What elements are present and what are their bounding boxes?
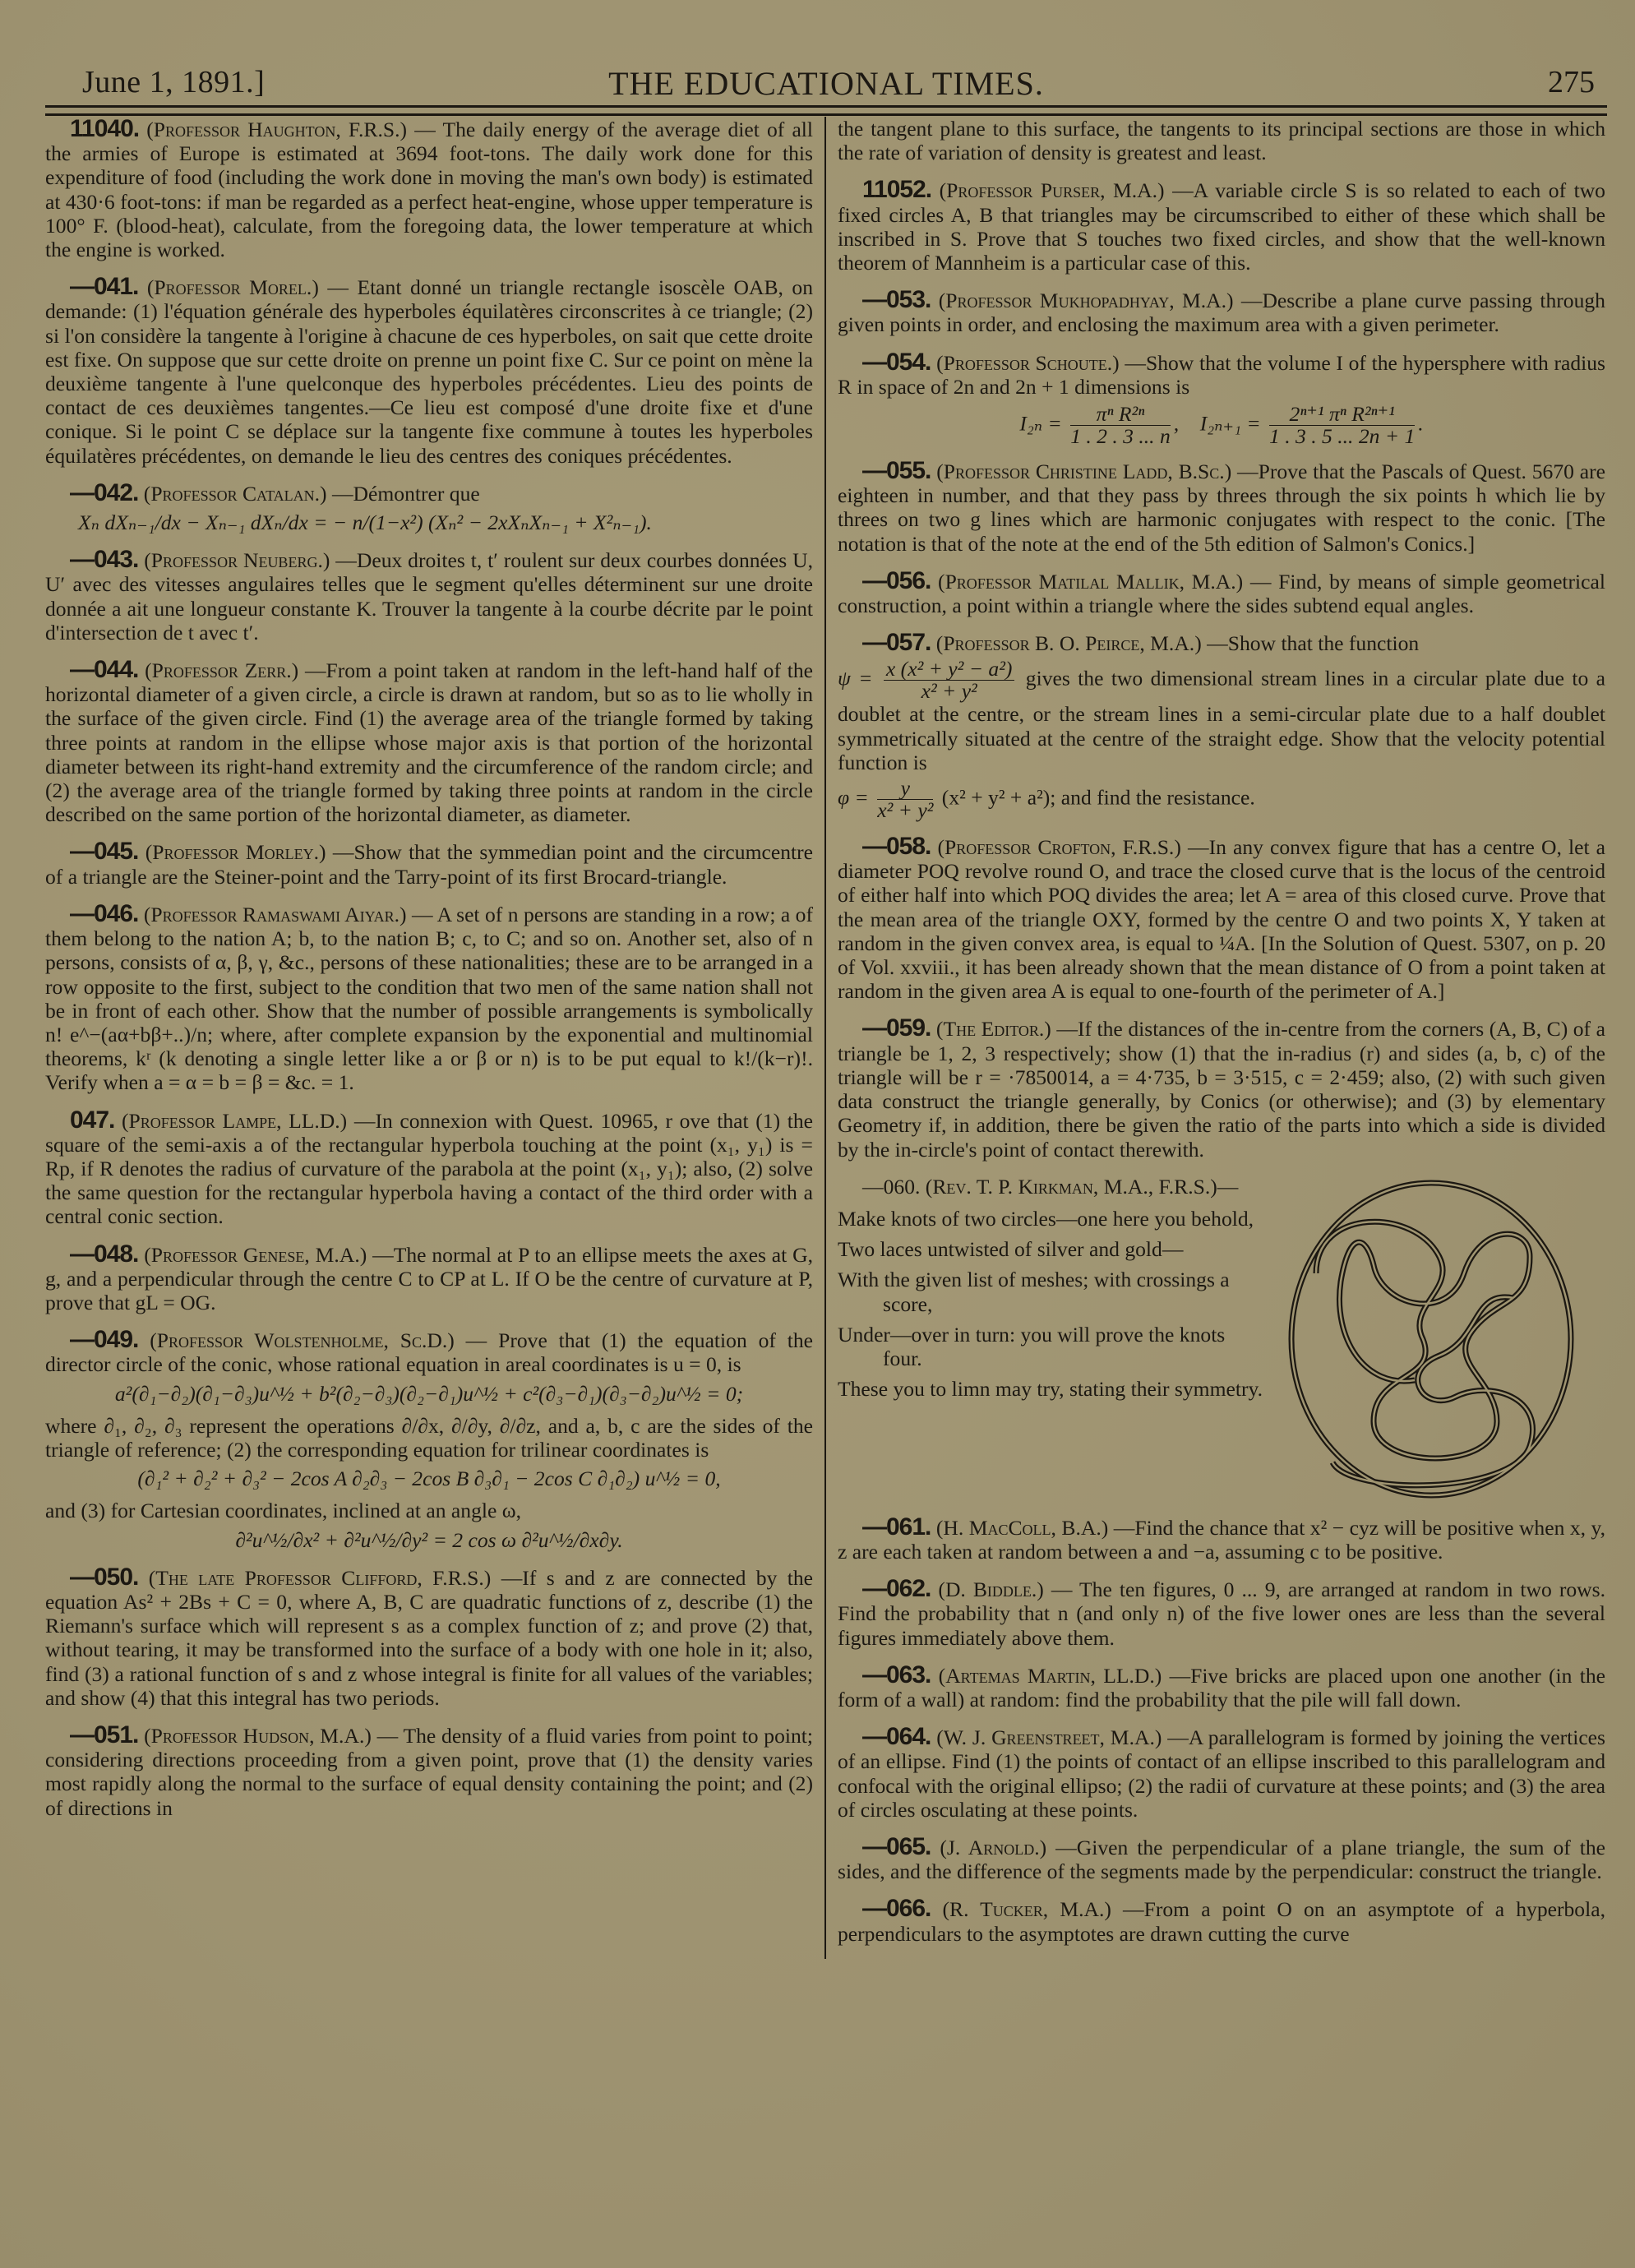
question-number: —064.	[862, 1723, 931, 1750]
question-042: —042. (Professor Catalan.) —Démontrer qu…	[45, 481, 813, 506]
kirkman-verse: —060. (Rev. T. P. Kirkman, M.A., F.R.S.)…	[838, 1175, 1265, 1504]
columns: 11040. (Professor Haughton, F.R.S.) — Th…	[45, 117, 1607, 1959]
question-number: —049.	[70, 1326, 138, 1353]
phi-fraction: y x² + y²	[877, 778, 933, 821]
eq-lhs-even: I₂ₙ =	[1019, 411, 1061, 435]
question-066: —066. (R. Tucker, M.A.) —From a point O …	[838, 1896, 1605, 1945]
equation-042: Xₙ dXₙ₋₁/dx − Xₙ₋₁ dXₙ/dx = − n/(1−x²) (…	[45, 510, 813, 534]
right-column: the tangent plane to this surface, the t…	[826, 117, 1605, 1959]
question-author: (Professor B. O. Peirce, M.A.)	[936, 631, 1202, 655]
question-11052: 11052. (Professor Purser, M.A.) —A varia…	[838, 178, 1605, 275]
question-041: —041. (Professor Morel.) — Etant donné u…	[45, 275, 813, 468]
question-author: (Professor Mukhopadhyay, M.A.)	[939, 289, 1234, 312]
question-author: (R. Tucker, M.A.)	[943, 1897, 1111, 1921]
question-number: —046.	[70, 900, 138, 927]
question-text: — A set of n persons are standing in a r…	[45, 903, 813, 1094]
verse-line: Two laces untwisted of silver and gold—	[838, 1237, 1265, 1261]
question-057-phi: φ = y x² + y² (x² + y² + a²); and find t…	[838, 778, 1605, 821]
question-number: —062.	[862, 1575, 931, 1602]
question-number: —051.	[70, 1721, 138, 1748]
question-author: (Professor Hudson, M.A.)	[144, 1724, 372, 1748]
question-065: —065. (J. Arnold.) —Given the perpendicu…	[838, 1835, 1605, 1883]
question-author: (Professor Morel.)	[147, 275, 319, 299]
question-author: (Professor Matilal Mallik, M.A.)	[938, 570, 1243, 594]
knot-diagram-icon	[1283, 1175, 1596, 1504]
question-text: —Show that the function	[1207, 631, 1419, 655]
question-number: —060.	[862, 1175, 920, 1199]
question-author: (H. MacColl, B.A.)	[936, 1516, 1108, 1540]
question-054: —054. (Professor Schoute.) —Show that th…	[838, 350, 1605, 399]
psi-fraction: x (x² + y² − a²) x² + y²	[884, 658, 1014, 702]
question-060-heading: —060. (Rev. T. P. Kirkman, M.A., F.R.S.)…	[838, 1175, 1265, 1199]
denominator: x² + y²	[884, 681, 1014, 702]
question-number: —058.	[862, 833, 931, 860]
fraction-odd: 2ⁿ⁺¹ πⁿ R²ⁿ⁺¹ 1 . 3 . 5 ... 2n + 1	[1269, 404, 1415, 447]
question-author: (Rev. T. P. Kirkman, M.A., F.R.S.)—	[926, 1175, 1239, 1199]
header-rule-top	[45, 105, 1607, 108]
question-author: (Professor Neuberg.)	[144, 548, 330, 572]
equation-049-cartesian: ∂²u^½/∂x² + ∂²u^½/∂y² = 2 cos ω ∂²u^½/∂x…	[45, 1528, 813, 1552]
question-number: 11040.	[70, 115, 139, 142]
question-number: —045.	[70, 838, 138, 865]
question-author: (Professor Zerr.)	[145, 658, 298, 682]
denominator: 1 . 3 . 5 ... 2n + 1	[1269, 426, 1415, 447]
question-045: —045. (Professor Morley.) —Show that the…	[45, 839, 813, 888]
equation-049-areal: a²(∂₁−∂₂)(∂₁−∂₃)u^½ + b²(∂₂−∂₃)(∂₂−∂₁)u^…	[45, 1382, 813, 1406]
question-11040: 11040. (Professor Haughton, F.R.S.) — Th…	[45, 117, 813, 261]
question-author: (Professor Christine Ladd, B.Sc.)	[936, 460, 1231, 483]
question-053: —053. (Professor Mukhopadhyay, M.A.) —De…	[838, 288, 1605, 336]
numerator: y	[877, 778, 933, 800]
question-number: 11052.	[862, 176, 931, 203]
question-author: (Artemas Martin, LL.D.)	[939, 1664, 1162, 1688]
verse-line: These you to limn may try, stating their…	[838, 1377, 1265, 1401]
denominator: x² + y²	[877, 800, 933, 821]
newspaper-page: June 1, 1891.] THE EDUCATIONAL TIMES. 27…	[45, 49, 1607, 107]
question-text: (x² + y² + a²); and find the resistance.	[942, 785, 1255, 809]
verse-line: With the given list of meshes; with cros…	[838, 1268, 1265, 1315]
question-number: —044.	[70, 656, 138, 683]
question-049-continued-2: and (3) for Cartesian coordinates, incli…	[45, 1499, 813, 1522]
question-046: —046. (Professor Ramaswami Aiyar.) — A s…	[45, 902, 813, 1095]
publication-title: THE EDUCATIONAL TIMES.	[45, 64, 1607, 103]
knot-diagram	[1273, 1175, 1605, 1504]
question-050: —050. (The late Professor Clifford, F.R.…	[45, 1565, 813, 1710]
header-rule-bottom	[45, 113, 1607, 116]
question-number: —059.	[862, 1014, 931, 1042]
question-number: —054.	[862, 349, 931, 376]
question-061: —061. (H. MacColl, B.A.) —Find the chanc…	[838, 1515, 1605, 1564]
question-number: —066.	[862, 1895, 931, 1922]
question-author: (Professor Crofton, F.R.S.)	[938, 835, 1181, 859]
question-064: —064. (W. J. Greenstreet, M.A.) —A paral…	[838, 1725, 1605, 1822]
question-051: —051. (Professor Hudson, M.A.) — The den…	[45, 1723, 813, 1820]
question-number: —042.	[70, 479, 138, 506]
question-044: —044. (Professor Zerr.) —From a point ta…	[45, 658, 813, 826]
masthead: June 1, 1891.] THE EDUCATIONAL TIMES. 27…	[45, 49, 1607, 107]
question-number: 047.	[70, 1106, 114, 1134]
question-number: —061.	[862, 1513, 931, 1540]
fraction-even: πⁿ R²ⁿ 1 . 2 . 3 ... n	[1070, 404, 1171, 447]
question-057: —057. (Professor B. O. Peirce, M.A.) —Sh…	[838, 631, 1605, 655]
phi-symbol: φ =	[838, 785, 869, 809]
question-author: (J. Arnold.)	[940, 1836, 1046, 1859]
question-author: (W. J. Greenstreet, M.A.)	[936, 1725, 1162, 1749]
psi-symbol: ψ =	[838, 667, 873, 691]
question-056: —056. (Professor Matilal Mallik, M.A.) —…	[838, 569, 1605, 617]
question-number: —063.	[862, 1661, 931, 1688]
left-column: 11040. (Professor Haughton, F.R.S.) — Th…	[45, 117, 826, 1959]
numerator: 2ⁿ⁺¹ πⁿ R²ⁿ⁺¹	[1269, 404, 1415, 426]
question-author: (Professor Genese, M.A.)	[144, 1243, 367, 1267]
question-063: —063. (Artemas Martin, LL.D.) —Five bric…	[838, 1663, 1605, 1711]
question-058: —058. (Professor Crofton, F.R.S.) —In an…	[838, 834, 1605, 1003]
question-049: —049. (Professor Wolstenholme, Sc.D.) — …	[45, 1328, 813, 1376]
eq-lhs-odd: I₂ₙ₊₁ =	[1200, 411, 1261, 435]
question-number: —055.	[862, 457, 931, 484]
question-author: (Professor Catalan.)	[144, 482, 327, 506]
numerator: x (x² + y² − a²)	[884, 658, 1014, 681]
question-author: (Professor Schoute.)	[936, 351, 1120, 375]
question-051-continued: the tangent plane to this surface, the t…	[838, 117, 1605, 164]
question-043: —043. (Professor Neuberg.) —Deux droites…	[45, 547, 813, 644]
question-author: (Professor Morley.)	[145, 840, 326, 864]
question-number: —057.	[862, 629, 931, 656]
question-057-continued: ψ = x (x² + y² − a²) x² + y² gives the t…	[838, 658, 1605, 774]
verse-line: Make knots of two circles—one here you b…	[838, 1207, 1265, 1231]
question-author: (The late Professor Clifford, F.R.S.)	[149, 1566, 492, 1590]
question-number: —053.	[862, 286, 931, 313]
question-062: —062. (D. Biddle.) — The ten figures, 0 …	[838, 1577, 1605, 1650]
question-number: —043.	[70, 546, 138, 573]
question-author: (Professor Haughton, F.R.S.)	[146, 118, 407, 141]
question-author: (Professor Ramaswami Aiyar.)	[144, 903, 407, 926]
numerator: πⁿ R²ⁿ	[1070, 404, 1171, 426]
question-text: —Démontrer que	[332, 482, 480, 506]
question-059: —059. (The Editor.) —If the distances of…	[838, 1016, 1605, 1161]
denominator: 1 . 2 . 3 ... n	[1070, 426, 1171, 447]
question-060: —060. (Rev. T. P. Kirkman, M.A., F.R.S.)…	[838, 1175, 1605, 1504]
page-number: 275	[1548, 64, 1595, 100]
question-text: —From a point taken at random in the lef…	[45, 658, 813, 826]
question-048: —048. (Professor Genese, M.A.) —The norm…	[45, 1242, 813, 1315]
question-number: —041.	[70, 273, 138, 300]
equation-049-trilinear: (∂₁² + ∂₂² + ∂₃² − 2cos A ∂₂∂₃ − 2cos B …	[45, 1467, 813, 1490]
equation-054: I₂ₙ = πⁿ R²ⁿ 1 . 2 . 3 ... n , I₂ₙ₊₁ = 2…	[838, 404, 1605, 447]
question-author: (The Editor.)	[936, 1017, 1051, 1041]
question-number: —048.	[70, 1240, 138, 1268]
question-text: —In any convex figure that has a centre …	[838, 835, 1605, 1003]
question-author: (Professor Wolstenholme, Sc.D.)	[150, 1328, 455, 1352]
question-number: —056.	[862, 567, 931, 594]
question-number: —050.	[70, 1564, 138, 1591]
question-047: 047. (Professor Lampe, LL.D.) —In connex…	[45, 1108, 813, 1229]
question-author: (D. Biddle.)	[938, 1577, 1043, 1601]
question-number: —065.	[862, 1833, 931, 1860]
verse-line: Under—over in turn: you will prove the k…	[838, 1323, 1265, 1370]
question-author: (Professor Purser, M.A.)	[940, 178, 1165, 202]
question-author: (Professor Lampe, LL.D.)	[122, 1109, 347, 1133]
question-055: —055. (Professor Christine Ladd, B.Sc.) …	[838, 459, 1605, 556]
question-049-continued: where ∂₁, ∂₂, ∂₃ represent the operation…	[45, 1414, 813, 1462]
question-text: — Etant donné un triangle rectangle isos…	[45, 275, 813, 467]
